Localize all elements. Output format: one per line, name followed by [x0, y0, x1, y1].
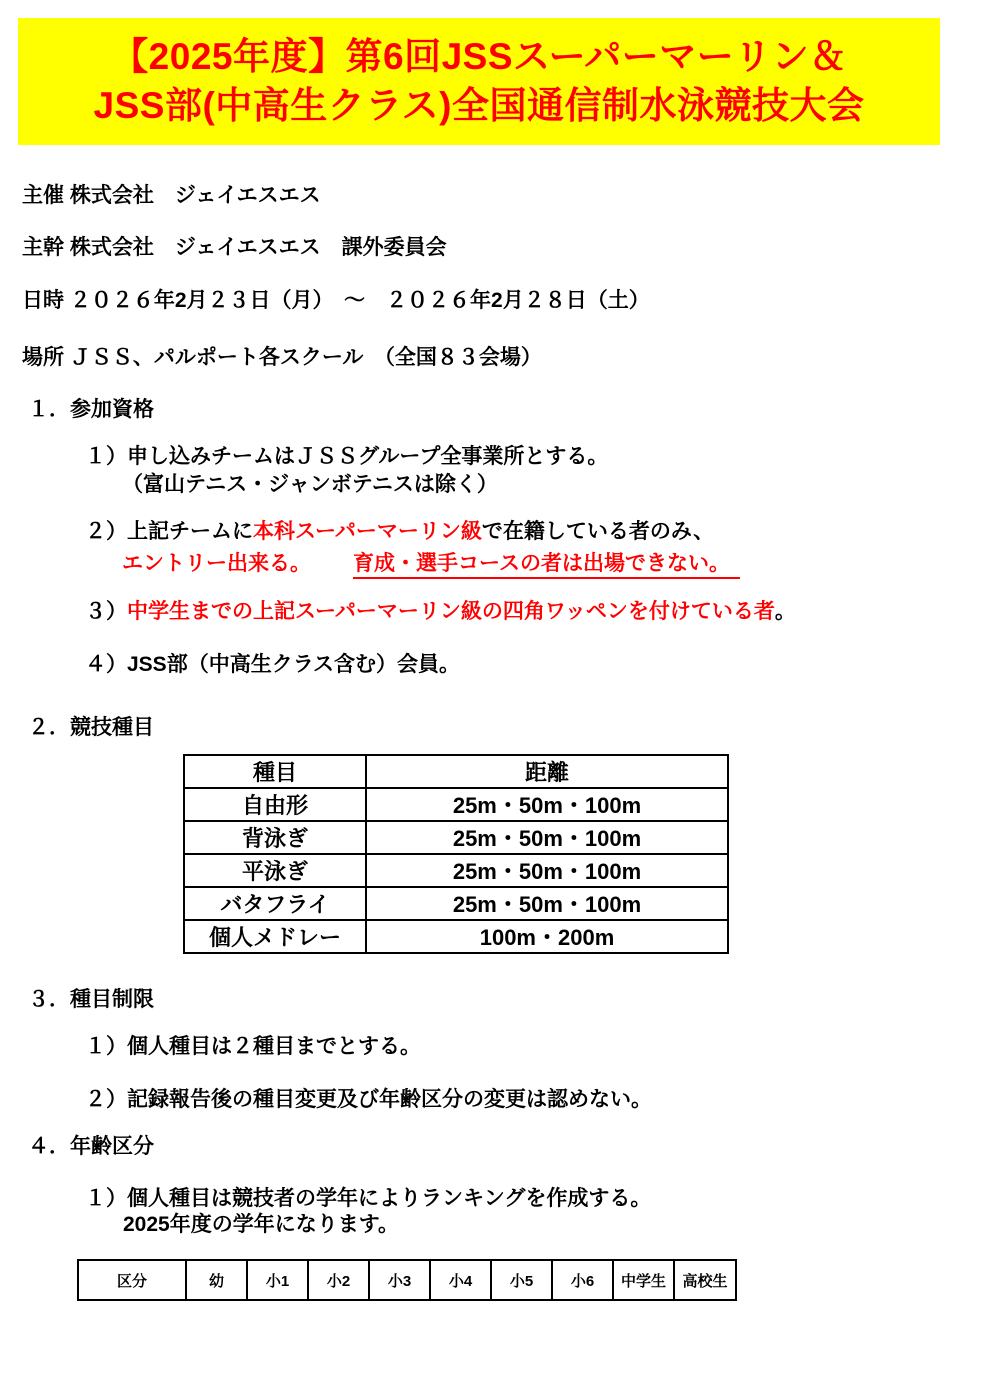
- section-1-heading: １．参加資格: [28, 397, 154, 423]
- event-cell: 個人メドレー: [184, 920, 366, 953]
- item-3-number: ３）: [85, 600, 127, 623]
- section-1-item-3: ３）中学生までの上記スーパーマーリン級の四角ワッペンを付けている者。: [85, 599, 796, 625]
- distance-cell: 25m・50m・100m: [366, 821, 728, 854]
- section-1-item-2-line-2: エントリー出来る。育成・選手コースの者は出場できない。: [122, 551, 740, 577]
- age-table-row: 区分 幼 小1 小2 小3 小4 小5 小6 中学生 高校生: [78, 1260, 736, 1300]
- distance-cell: 25m・50m・100m: [366, 887, 728, 920]
- organizer-line: 主催 株式会社 ジェイエスエス: [22, 183, 321, 209]
- age-cell: 小3: [369, 1260, 430, 1300]
- event-header-cell: 種目: [184, 755, 366, 788]
- age-cell: 高校生: [674, 1260, 736, 1300]
- title-line-2: JSS部(中高生クラス)全国通信制水泳競技大会: [94, 82, 865, 131]
- date-line: 日時 ２０２６年2月２３日（月） ～ ２０２６年2月２８日（土）: [22, 288, 650, 314]
- age-cell: 小5: [491, 1260, 552, 1300]
- item-3-red-segment: 中学生までの上記スーパーマーリン級の四角ワッペンを付けている者: [127, 600, 775, 623]
- item-2-red-entry: エントリー出来る。: [122, 552, 311, 575]
- table-row: 自由形 25m・50m・100m: [184, 788, 728, 821]
- item-2-black-prefix: ２）上記チームに: [85, 520, 253, 543]
- section-2-heading: ２．競技種目: [28, 715, 154, 741]
- event-cell: 平泳ぎ: [184, 854, 366, 887]
- section-4-item-1-line-1: １）個人種目は競技者の学年によりランキングを作成する。: [85, 1186, 651, 1212]
- item-2-black-suffix: で在籍している者のみ、: [482, 520, 714, 543]
- age-cell: 小1: [247, 1260, 308, 1300]
- distance-cell: 25m・50m・100m: [366, 854, 728, 887]
- section-4-heading: ４．年齢区分: [28, 1134, 154, 1160]
- event-cell: 背泳ぎ: [184, 821, 366, 854]
- age-cell: 幼: [186, 1260, 247, 1300]
- section-4-item-1-line-2: 2025年度の学年になります。: [123, 1212, 399, 1238]
- event-cell: バタフライ: [184, 887, 366, 920]
- title-line-1: 【2025年度】第6回JSSスーパーマーリン＆: [111, 33, 847, 82]
- distance-cell: 100m・200m: [366, 920, 728, 953]
- section-1-item-2-line-1: ２）上記チームに本科スーパーマーリン級で在籍している者のみ、: [85, 519, 714, 545]
- event-cell: 自由形: [184, 788, 366, 821]
- age-category-table: 区分 幼 小1 小2 小3 小4 小5 小6 中学生 高校生: [77, 1259, 737, 1301]
- event-table-header-row: 種目 距離: [184, 755, 728, 788]
- age-cell: 小4: [430, 1260, 491, 1300]
- item-2-red-segment: 本科スーパーマーリン級: [253, 520, 482, 543]
- management-line: 主幹 株式会社 ジェイエスエス 課外委員会: [22, 235, 447, 261]
- table-row: 背泳ぎ 25m・50m・100m: [184, 821, 728, 854]
- section-3-item-2: ２）記録報告後の種目変更及び年齢区分の変更は認めない。: [85, 1087, 652, 1113]
- item-3-period: 。: [775, 600, 796, 623]
- distance-header-cell: 距離: [366, 755, 728, 788]
- table-row: バタフライ 25m・50m・100m: [184, 887, 728, 920]
- age-cell: 小2: [308, 1260, 369, 1300]
- venue-line: 場所 ＪＳＳ、パルポート各スクール （全国８３会場）: [22, 345, 542, 371]
- distance-cell: 25m・50m・100m: [366, 788, 728, 821]
- event-table: 種目 距離 自由形 25m・50m・100m 背泳ぎ 25m・50m・100m …: [183, 754, 729, 954]
- section-1-item-4: ４）JSS部（中高生クラス含む）会員。: [85, 652, 460, 678]
- item-2-red-underlined: 育成・選手コースの者は出場できない。: [353, 552, 740, 579]
- section-1-item-1-line-2: （富山テニス・ジャンボテニスは除く）: [122, 472, 498, 498]
- age-cell: 小6: [552, 1260, 613, 1300]
- table-row: 個人メドレー 100m・200m: [184, 920, 728, 953]
- document-page: 【2025年度】第6回JSSスーパーマーリン＆ JSS部(中高生クラス)全国通信…: [0, 0, 990, 1400]
- title-banner: 【2025年度】第6回JSSスーパーマーリン＆ JSS部(中高生クラス)全国通信…: [18, 18, 940, 145]
- age-cell-kubun: 区分: [78, 1260, 186, 1300]
- section-1-item-1-line-1: １）申し込みチームはＪＳＳグループ全事業所とする。: [85, 444, 608, 470]
- section-3-item-1: １）個人種目は２種目までとする。: [85, 1034, 421, 1060]
- section-3-heading: ３．種目制限: [28, 987, 154, 1013]
- table-row: 平泳ぎ 25m・50m・100m: [184, 854, 728, 887]
- age-cell: 中学生: [613, 1260, 674, 1300]
